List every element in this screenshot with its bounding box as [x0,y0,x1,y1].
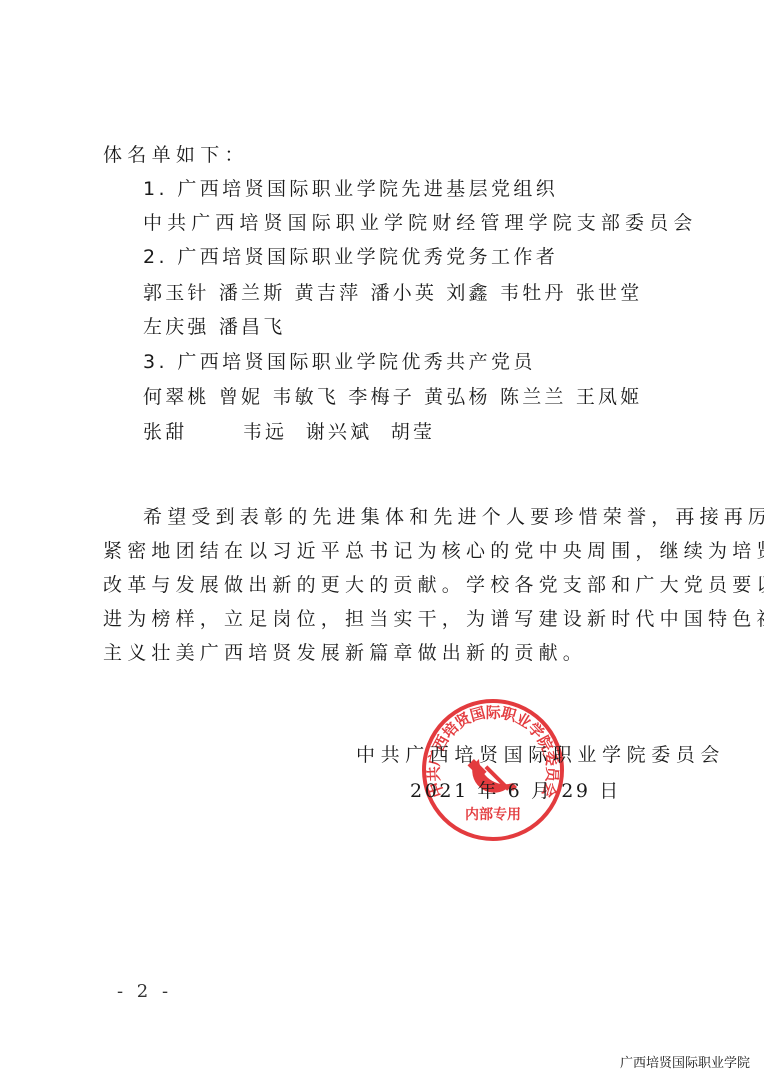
section-3-heading: 3. 广西培贤国际职业学院优秀共产党员 [143,350,536,374]
section-1-heading: 1. 广西培贤国际职业学院先进基层党组织 [143,177,558,201]
seal-stamp-icon: 中共广西培贤国际职业学院委员会 内部专用 [420,697,566,843]
closing-paragraph-line-2: 紧密地团结在以习近平总书记为核心的党中央周围，继续为培贤的 [103,539,764,563]
footer-institution-label: 广西培贤国际职业学院 [620,1052,750,1071]
seal-bottom-text: 内部专用 [465,806,521,823]
signature-date: 2021 年 6 月 29 日 [410,779,621,803]
official-seal: 中共广西培贤国际职业学院委员会 内部专用 [420,697,566,843]
page-number: - 2 - [117,981,172,1002]
section-3-names-line-2: 张甜 韦远 谢兴斌 胡莹 [143,420,435,444]
closing-paragraph-line-4: 进为榜样，立足岗位，担当实干，为谱写建设新时代中国特色社会 [103,607,764,631]
intro-line: 体名单如下： [103,143,249,167]
section-3-names-line-1: 何翠桃 曾妮 韦敏飞 李梅子 黄弘杨 陈兰兰 王凤姬 [143,385,642,409]
closing-paragraph-line-1: 希望受到表彰的先进集体和先进个人要珍惜荣誉，再接再厉， [143,505,764,529]
closing-paragraph-line-3: 改革与发展做出新的更大的贡献。学校各党支部和广大党员要以先 [103,573,764,597]
signature-organization: 中共广西培贤国际职业学院委员会 [356,743,725,767]
section-1-line-1: 中共广西培贤国际职业学院财经管理学院支部委员会 [143,211,697,235]
section-2-names-line-1: 郭玉针 潘兰斯 黄吉萍 潘小英 刘鑫 韦牡丹 张世堂 [143,281,642,305]
section-2-heading: 2. 广西培贤国际职业学院优秀党务工作者 [143,245,558,269]
section-2-names-line-2: 左庆强 潘昌飞 [143,315,285,339]
closing-paragraph-line-5: 主义壮美广西培贤发展新篇章做出新的贡献。 [103,641,587,665]
